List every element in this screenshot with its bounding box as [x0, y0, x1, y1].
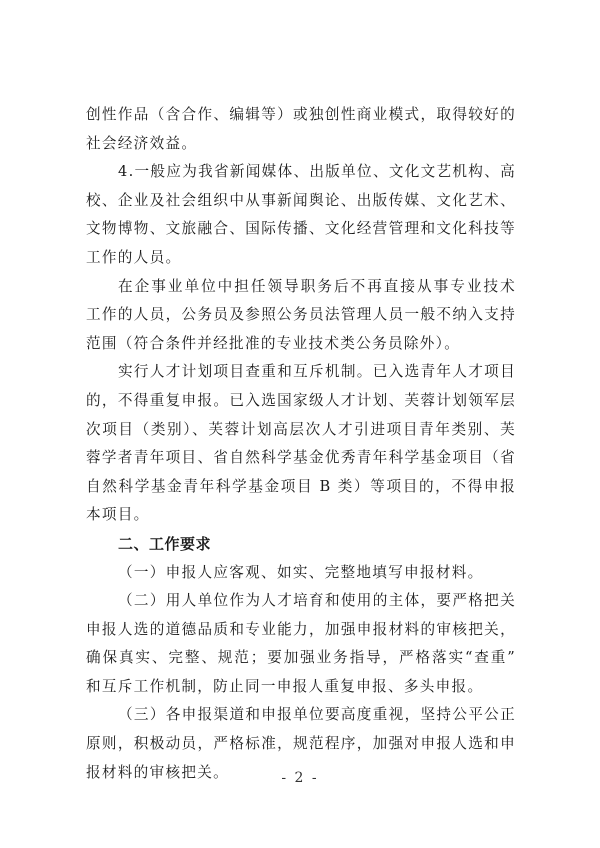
requirement-line: （三）各申报渠道和申报单位要高度重视，坚持公平公正: [86, 701, 516, 730]
text-line: 文物博物、文旅融合、国际传播、文化经营管理和文化科技等: [86, 215, 516, 244]
section-heading: 二、工作要求: [86, 530, 516, 559]
requirement-line: 申报人选的道德品质和专业能力，加强申报材料的审核把关，: [86, 616, 516, 645]
text-line: 校、企业及社会组织中从事新闻舆论、出版传媒、文化艺术、: [86, 187, 516, 216]
text-line: 创性作品（含合作、编辑等）或独创性商业模式，取得较好的: [86, 101, 516, 130]
text-line: 社会经济效益。: [86, 130, 516, 159]
page-number: - 2 -: [0, 770, 600, 786]
requirement-line: 原则，积极动员，严格标准，规范程序，加强对申报人选和申: [86, 730, 516, 759]
text-line: 本项目。: [86, 501, 516, 530]
text-line: 的，不得重复申报。已入选国家级人才计划、芙蓉计划领军层: [86, 387, 516, 416]
text-line: 工作的人员，公务员及参照公务员法管理人员一般不纳入支持: [86, 301, 516, 330]
text-line: 工作的人员。: [86, 244, 516, 273]
text-line: 范围（符合条件并经批准的专业技术类公务员除外）。: [86, 330, 516, 359]
text-line: 在企事业单位中担任领导职务后不再直接从事专业技术: [86, 273, 516, 302]
document-page: 创性作品（含合作、编辑等）或独创性商业模式，取得较好的 社会经济效益。 4.一般…: [0, 0, 600, 848]
requirement-line: 和互斥工作机制，防止同一申报人重复申报、多头申报。: [86, 673, 516, 702]
text-line: 4.一般应为我省新闻媒体、出版单位、文化文艺机构、高: [86, 158, 516, 187]
text-line: 自然科学基金青年科学基金项目 B 类）等项目的，不得申报: [86, 473, 516, 502]
document-body: 创性作品（含合作、编辑等）或独创性商业模式，取得较好的 社会经济效益。 4.一般…: [86, 101, 516, 787]
requirement-line: （二）用人单位作为人才培育和使用的主体，要严格把关: [86, 587, 516, 616]
text-line: 蓉学者青年项目、省自然科学基金优秀青年科学基金项目（省: [86, 444, 516, 473]
text-line: 实行人才计划项目查重和互斥机制。已入选青年人才项目: [86, 358, 516, 387]
requirement-line: 确保真实、完整、规范；要加强业务指导，严格落实“查重”: [86, 644, 516, 673]
text-line: 次项目（类别）、芙蓉计划高层次人才引进项目青年类别、芙: [86, 416, 516, 445]
requirement-line: （一）申报人应客观、如实、完整地填写申报材料。: [86, 559, 516, 588]
